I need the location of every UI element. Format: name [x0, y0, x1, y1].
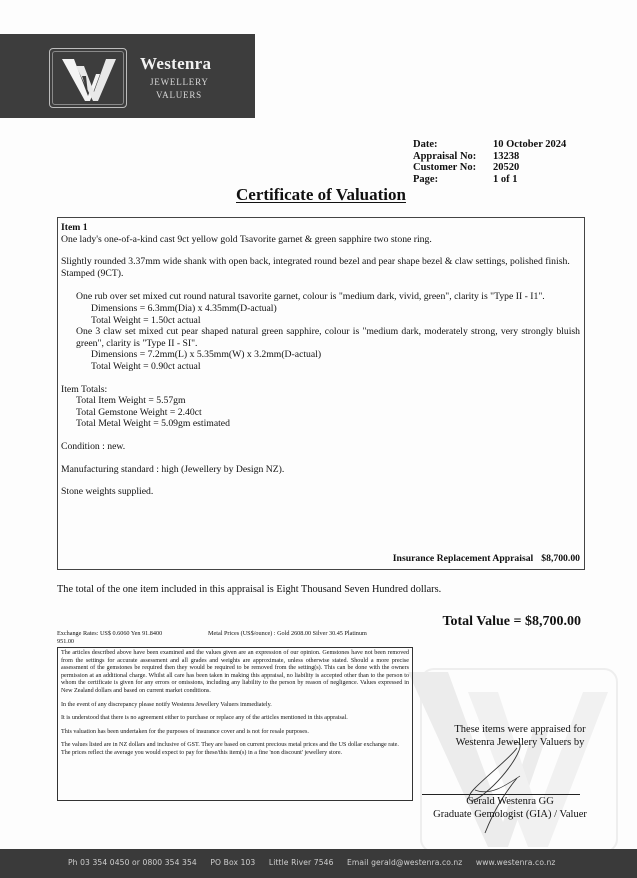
item-totals-heading: Item Totals:	[61, 384, 580, 396]
item-heading: Item 1	[61, 222, 580, 234]
footer-phone: Ph 03 354 0450 or 0800 354 354	[68, 858, 197, 867]
meta-customer-no: Customer No: 20520	[413, 162, 566, 174]
total-metal-weight: Total Metal Weight = 5.09gm estimated	[61, 418, 580, 430]
footer-locality: Little River 7546	[269, 858, 334, 867]
signer-role: Graduate Gemologist (GIA) / Valuer	[410, 809, 610, 822]
stone-1-weight: Total Weight = 1.50ct actual	[61, 315, 580, 327]
disclaimer-paragraph: In the event of any discrepancy please n…	[61, 702, 409, 710]
w-monogram-icon	[60, 56, 118, 102]
stone-1-dimensions: Dimensions = 6.3mm(Dia) x 4.35mm(D-actua…	[61, 303, 580, 315]
total-gemstone-weight: Total Gemstone Weight = 2.40ct	[61, 407, 580, 419]
signature-line-1: These items were appraised for	[420, 724, 620, 737]
meta-value: 13238	[493, 151, 519, 163]
contact-footer: Ph 03 354 0450 or 0800 354 354 PO Box 10…	[0, 849, 637, 878]
rates-info: Exchange Rates: US$ 0.6060 Yen 91.8400 9…	[57, 630, 417, 645]
disclaimer-paragraph: It is understood that there is no agreem…	[61, 715, 409, 723]
brand-header: Westenra JEWELLERY VALUERS	[0, 34, 255, 118]
insurance-value: $8,700.00	[541, 553, 580, 564]
meta-value: 20520	[493, 162, 519, 174]
total-in-words: The total of the one item included in th…	[57, 584, 441, 595]
stone-2-description: One 3 claw set mixed cut pear shaped nat…	[61, 326, 580, 349]
meta-label: Date:	[413, 139, 493, 151]
brand-subtitle-2: VALUERS	[156, 90, 202, 100]
footer-email[interactable]: Email gerald@westenra.co.nz	[347, 858, 462, 867]
footer-website[interactable]: www.westenra.co.nz	[476, 858, 556, 867]
meta-value: 10 October 2024	[493, 139, 566, 151]
insurance-label: Insurance Replacement Appraisal	[393, 553, 533, 564]
total-item-weight: Total Item Weight = 5.57gm	[61, 395, 580, 407]
meta-label: Page:	[413, 174, 493, 186]
disclaimer-paragraph: The prices reflect the average you would…	[61, 750, 409, 758]
brand-name: Westenra	[140, 54, 211, 74]
item-description: Slightly rounded 3.37mm wide shank with …	[61, 256, 580, 268]
meta-label: Customer No:	[413, 162, 493, 174]
stone-2-weight: Total Weight = 0.90ct actual	[61, 361, 580, 373]
meta-label: Appraisal No:	[413, 151, 493, 163]
disclaimer-paragraph: The values listed are in NZ dollars and …	[61, 742, 409, 750]
disclaimer-paragraph: This valuation has been undertaken for t…	[61, 729, 409, 737]
item-details-box: Item 1 One lady's one-of-a-kind cast 9ct…	[57, 217, 585, 570]
platinum-price: 951.00	[57, 638, 417, 646]
metal-prices: Metal Prices (US$/ounce) : Gold 2608.00 …	[208, 630, 367, 638]
meta-date: Date: 10 October 2024	[413, 139, 566, 151]
disclaimer-box: The articles described above have been e…	[57, 647, 413, 801]
logo	[49, 48, 127, 108]
item-stamp: Stamped (9CT).	[61, 268, 580, 280]
stone-1-description: One rub over set mixed cut round natural…	[61, 291, 580, 303]
appraisal-meta: Date: 10 October 2024 Appraisal No: 1323…	[413, 139, 566, 185]
footer-contact-text: Ph 03 354 0450 or 0800 354 354 PO Box 10…	[68, 858, 566, 867]
handwritten-signature-icon	[455, 738, 545, 838]
stone-2-dimensions: Dimensions = 7.2mm(L) x 5.35mm(W) x 3.2m…	[61, 349, 580, 361]
signature-line	[422, 794, 580, 795]
meta-value: 1 of 1	[493, 174, 518, 186]
item-summary: One lady's one-of-a-kind cast 9ct yellow…	[61, 234, 580, 246]
signer-name: Gerald Westenra GG	[410, 796, 610, 809]
disclaimer-paragraph: The articles described above have been e…	[61, 650, 409, 696]
item-condition: Condition : new.	[61, 441, 580, 453]
total-value: Total Value = $8,700.00	[442, 614, 581, 630]
meta-appraisal-no: Appraisal No: 13238	[413, 151, 566, 163]
manufacturing-standard: Manufacturing standard : high (Jewellery…	[61, 464, 580, 476]
page-title: Certificate of Valuation	[236, 185, 406, 205]
signer-details: Gerald Westenra GG Graduate Gemologist (…	[410, 796, 610, 821]
meta-page: Page: 1 of 1	[413, 174, 566, 186]
insurance-appraisal: Insurance Replacement Appraisal$8,700.00	[393, 553, 580, 565]
stone-weights-note: Stone weights supplied.	[61, 486, 580, 498]
brand-subtitle-1: JEWELLERY	[150, 77, 209, 87]
footer-pobox: PO Box 103	[210, 858, 255, 867]
